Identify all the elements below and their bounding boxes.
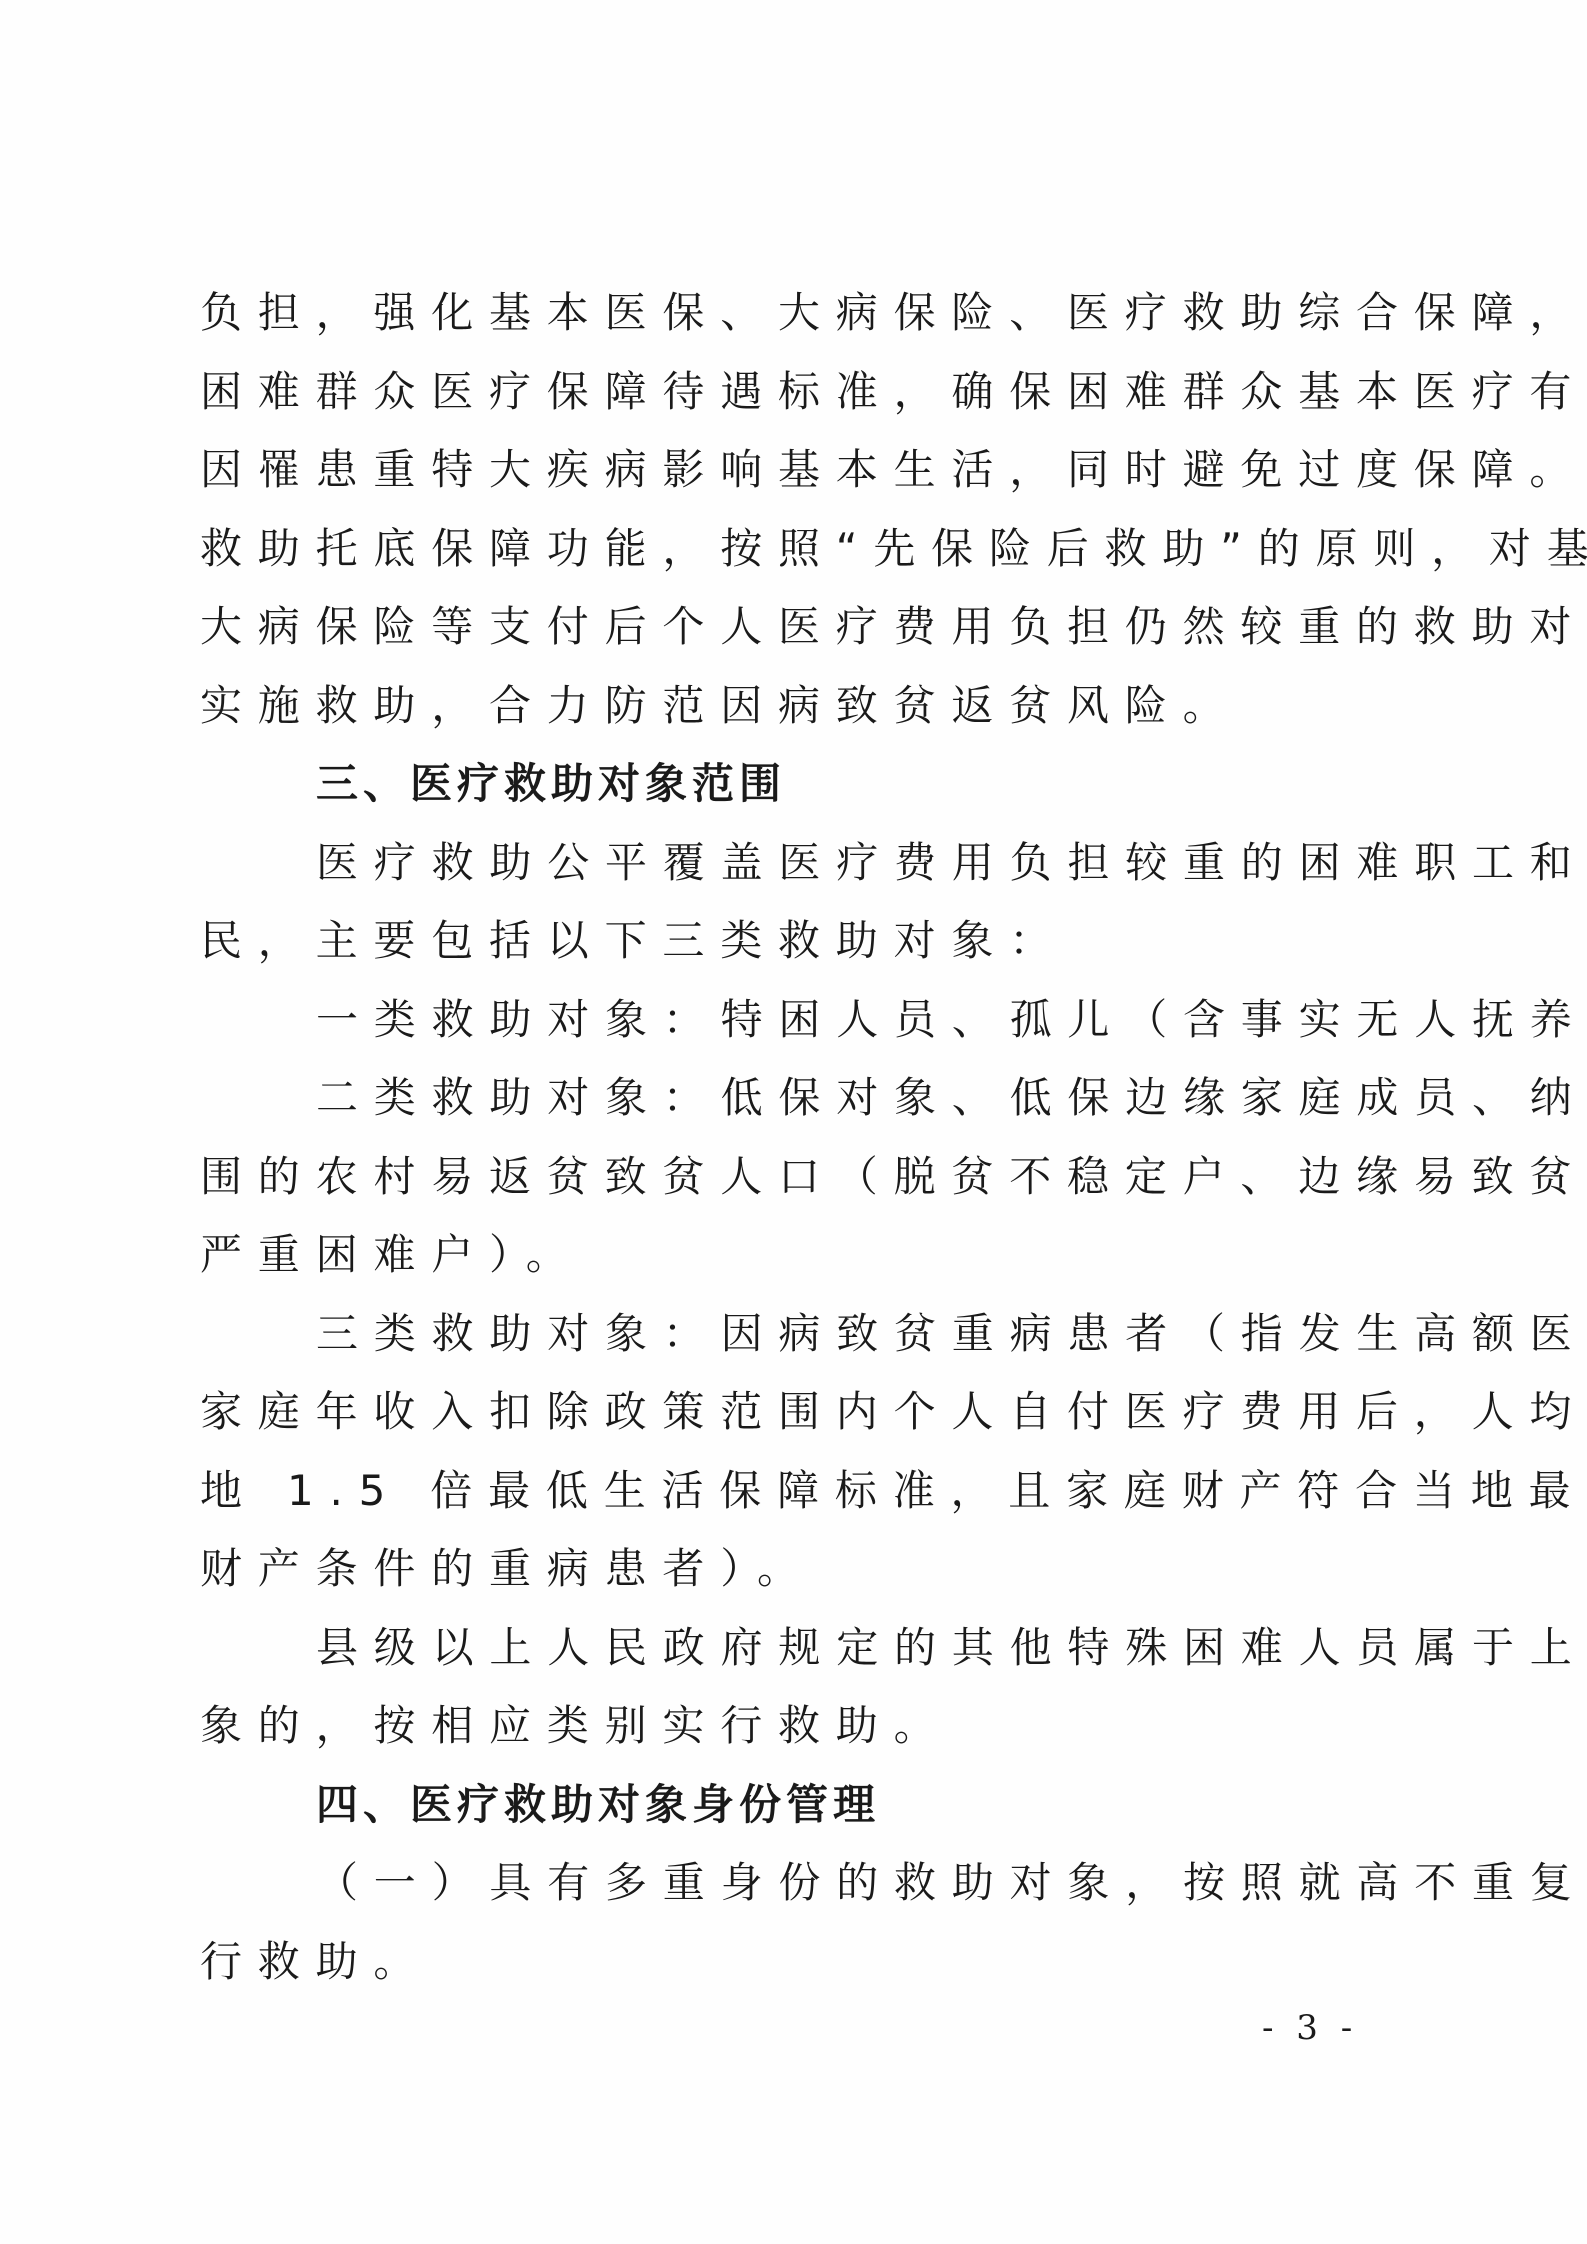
section-heading-3: 三、医疗救助对象范围	[200, 745, 1412, 824]
category-1-line: 一类救助对象：特困人员、孤儿（含事实无人抚养儿童）。	[200, 981, 1412, 1060]
category-3-line: 三类救助对象：因病致贫重病患者（指发生高额医疗费用，	[200, 1295, 1412, 1374]
page-number: - 3 -	[1262, 2006, 1358, 2050]
paragraph-line: 医疗救助公平覆盖医疗费用负担较重的困难职工和城乡居	[200, 824, 1412, 903]
paragraph-line: 地 1.5 倍最低生活保障标准，且家庭财产符合当地最低生活保障	[200, 1452, 1412, 1531]
paragraph-line: 大病保险等支付后个人医疗费用负担仍然较重的救助对象按规定	[200, 588, 1412, 667]
paragraph-line: 行救助。	[200, 1923, 1412, 2002]
paragraph-line: 县级以上人民政府规定的其他特殊困难人员属于上述救助对	[200, 1609, 1412, 1688]
section-heading-4: 四、医疗救助对象身份管理	[200, 1766, 1412, 1845]
category-2-line: 二类救助对象：低保对象、低保边缘家庭成员、纳入监测范	[200, 1059, 1412, 1138]
subsection-1-line: （一）具有多重身份的救助对象，按照就高不重复的原则实	[200, 1844, 1412, 1923]
paragraph-line: 困难群众医疗保障待遇标准，确保困难群众基本医疗有保障，不	[200, 353, 1412, 432]
document-page: 负担，强化基本医保、大病保险、医疗救助综合保障，合理确定 困难群众医疗保障待遇标…	[0, 0, 1587, 2244]
paragraph-line: 民，主要包括以下三类救助对象：	[200, 902, 1412, 981]
paragraph-line: 家庭年收入扣除政策范围内个人自付医疗费用后，人均不超过当	[200, 1373, 1412, 1452]
paragraph-line: 救助托底保障功能，按照“先保险后救助”的原则，对基本医保、	[200, 510, 1412, 589]
paragraph-line: 象的，按相应类别实行救助。	[200, 1687, 1412, 1766]
paragraph-line: 严重困难户）。	[200, 1216, 1412, 1295]
paragraph-line: 因罹患重特大疾病影响基本生活，同时避免过度保障。夯实医疗	[200, 431, 1412, 510]
paragraph-line: 围的农村易返贫致贫人口（脱贫不稳定户、边缘易致贫户、突发	[200, 1138, 1412, 1217]
paragraph-line: 实施救助，合力防范因病致贫返贫风险。	[200, 667, 1412, 746]
paragraph-line: 财产条件的重病患者）。	[200, 1530, 1412, 1609]
document-body: 负担，强化基本医保、大病保险、医疗救助综合保障，合理确定 困难群众医疗保障待遇标…	[200, 274, 1412, 2001]
paragraph-line: 负担，强化基本医保、大病保险、医疗救助综合保障，合理确定	[200, 274, 1412, 353]
